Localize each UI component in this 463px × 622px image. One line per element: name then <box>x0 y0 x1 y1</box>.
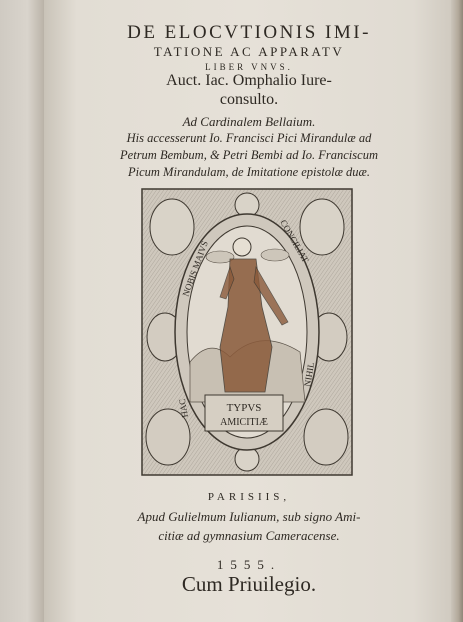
imprint-line-2: citiæ ad gymnasium Cameracense. <box>44 528 454 544</box>
addition-line-2: Petrum Bembum, & Petri Bembi ad Io. Fran… <box>44 148 454 163</box>
addition-line-3: Picum Mirandulam, de Imitatione epistolæ… <box>44 165 454 180</box>
addition-line-1: His accesserunt Io. Francisci Pici Miran… <box>44 131 454 146</box>
author-line-1: Auct. Iac. Omphalio Iure- <box>44 72 454 90</box>
title-line-3: LIBER VNVS. <box>44 62 454 72</box>
plinth-line-1: TYPVS <box>227 402 262 414</box>
author-line-2: consulto. <box>44 91 454 109</box>
dedication: Ad Cardinalem Bellaium. <box>44 114 454 130</box>
plinth-line-2: AMICITIÆ <box>220 417 268 428</box>
privilege: Cum Priuilegio. <box>44 572 454 597</box>
imprint-line-1: Apud Gulielmum Iulianum, sub signo Ami- <box>44 509 454 525</box>
year: 1555. <box>44 557 454 573</box>
left-page-edge <box>0 0 50 622</box>
title-line-1: DE ELOCVTIONIS IMI- <box>44 22 454 44</box>
place: PARISIIS, <box>44 491 454 503</box>
printers-device-woodcut: TYPVS AMICITIÆ NOBIS MAIVS CONCILIAT HAC… <box>140 187 354 477</box>
title-line-2: TATIONE AC APPARATV <box>44 44 454 60</box>
woodcut-illustration-icon: TYPVS AMICITIÆ NOBIS MAIVS CONCILIAT HAC… <box>140 187 354 477</box>
